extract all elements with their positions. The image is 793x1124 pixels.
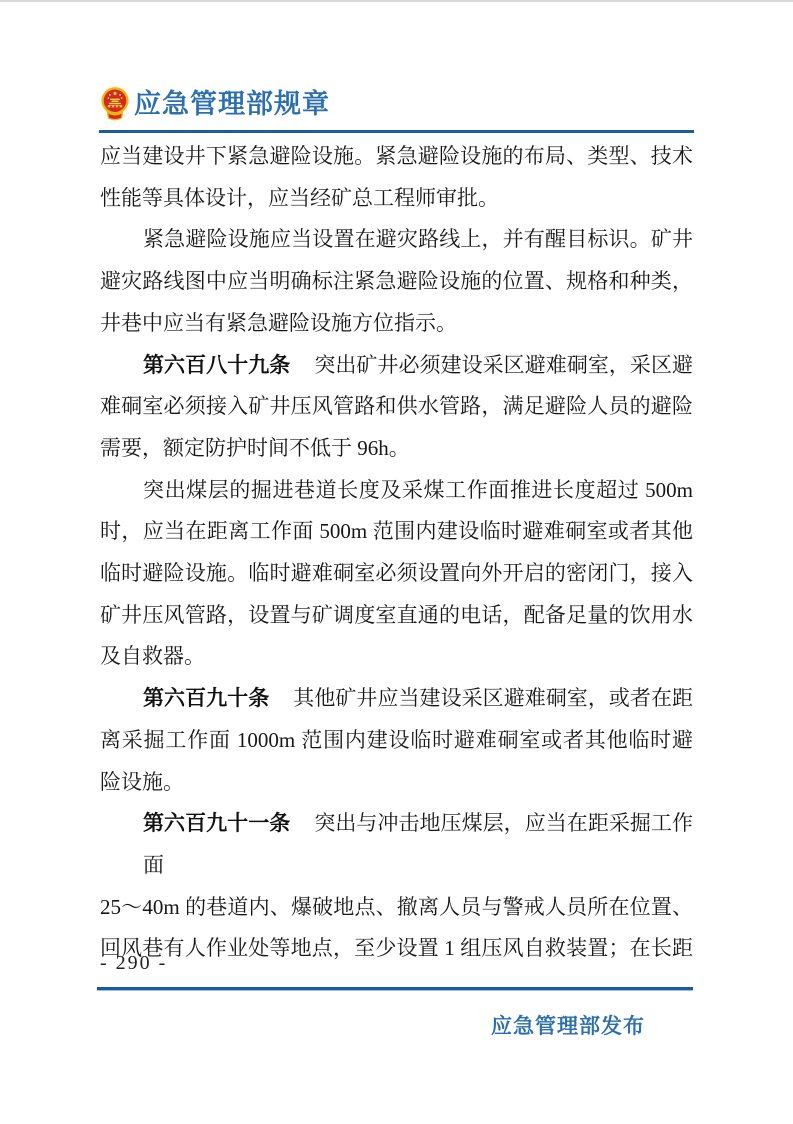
document-body: 应当建设井下紧急避险设施。紧急避险设施的布局、类型、技术性能等具体设计，应当经矿… bbox=[100, 136, 693, 970]
text-line: 回风巷有人作业处等地点，至少设置 1 组压风自救装置；在长距 bbox=[100, 928, 693, 970]
text-line: 性能等具体设计，应当经矿总工程师审批。 bbox=[100, 178, 693, 220]
document-page: 应急管理部规章 应当建设井下紧急避险设施。紧急避险设施的布局、类型、技术性能等具… bbox=[0, 0, 793, 1124]
text-line: 临时避险设施。临时避难硐室必须设置向外开启的密闭门，接入 bbox=[100, 553, 693, 595]
article-number: 第六百九十一条 bbox=[143, 812, 290, 835]
text-line: 井巷中应当有紧急避险设施方位指示。 bbox=[100, 303, 693, 345]
text-line: 第六百九十一条突出与冲击地压煤层，应当在距采掘工作面 bbox=[100, 803, 693, 886]
article-number: 第六百九十条 bbox=[143, 687, 269, 710]
footer-divider bbox=[97, 987, 693, 991]
text-line: 离采掘工作面 1000m 范围内建设临时避难硐室或者其他临时避 bbox=[100, 720, 693, 762]
text-line: 时，应当在距离工作面 500m 范围内建设临时避难硐室或者其他 bbox=[100, 511, 693, 553]
text-line: 第六百八十九条突出矿井必须建设采区避难硐室，采区避 bbox=[100, 345, 693, 387]
text-line: 25～40m 的巷道内、爆破地点、撤离人员与警戒人员所在位置、 bbox=[100, 887, 693, 929]
header-divider bbox=[99, 130, 694, 133]
header-title: 应急管理部规章 bbox=[134, 88, 330, 120]
text-line: 难硐室必须接入矿井压风管路和供水管路，满足避险人员的避险 bbox=[100, 386, 693, 428]
page-number: - 290 - bbox=[100, 952, 167, 975]
text-line: 及自救器。 bbox=[100, 636, 693, 678]
national-emblem-icon bbox=[100, 86, 130, 122]
text-line: 需要，额定防护时间不低于 96h。 bbox=[100, 428, 693, 470]
publisher-label: 应急管理部发布 bbox=[491, 1010, 645, 1040]
text-line: 紧急避险设施应当设置在避灾路线上，并有醒目标识。矿井 bbox=[100, 219, 693, 261]
text-line: 矿井压风管路，设置与矿调度室直通的电话，配备足量的饮用水 bbox=[100, 595, 693, 637]
text-line: 避灾路线图中应当明确标注紧急避险设施的位置、规格和种类， bbox=[100, 261, 693, 303]
text-line: 突出煤层的掘进巷道长度及采煤工作面推进长度超过 500m bbox=[100, 470, 693, 512]
text-line: 第六百九十条其他矿井应当建设采区避难硐室，或者在距 bbox=[100, 678, 693, 720]
article-number: 第六百八十九条 bbox=[143, 354, 290, 377]
text-line: 应当建设井下紧急避险设施。紧急避险设施的布局、类型、技术 bbox=[100, 136, 693, 178]
text-line: 险设施。 bbox=[100, 762, 693, 804]
